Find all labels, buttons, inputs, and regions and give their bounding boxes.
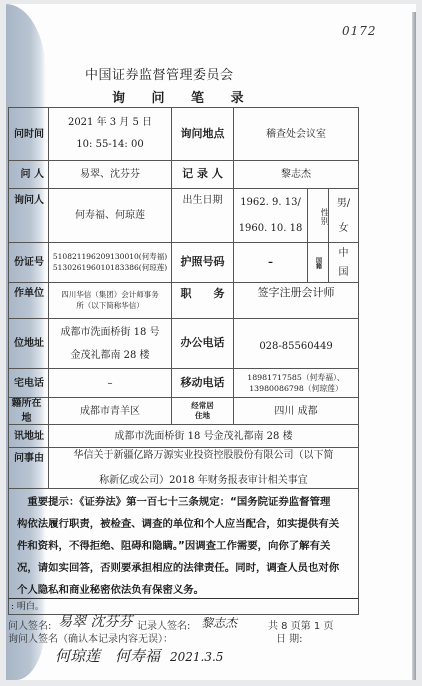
label-employer: 作单位 bbox=[8, 282, 49, 319]
date-label: 日 期: bbox=[276, 630, 303, 645]
value-office-phone: 028-85560449 bbox=[233, 318, 359, 369]
value-position: 签字注册会计师 bbox=[233, 282, 359, 319]
label-interviewee: 询问人 bbox=[8, 188, 49, 243]
gender-2: 女 bbox=[339, 216, 349, 241]
subject-line-1: 华信关于新疆亿路万源实业投资控股股份有限公司（以下简 bbox=[74, 447, 334, 468]
notice-line-1: 重要提示：《证券法》第一百七十三条规定：“国务院证券监督管理 bbox=[17, 491, 354, 513]
notice-line-3: 件和资料，不得拒绝、阻碍和隐瞒。”因调查工作需要，向你了解有关 bbox=[17, 535, 354, 557]
nationality-2: 国 bbox=[339, 263, 349, 282]
value-home-phone: – bbox=[48, 368, 172, 398]
birthdate-2: 1960. 10. 18 bbox=[239, 216, 303, 242]
label-birthdate: 出生日期 bbox=[171, 188, 234, 243]
label-home-phone: 宅电话 bbox=[8, 368, 49, 398]
time-range: 10: 55-14: 00 bbox=[76, 134, 143, 156]
interviewee-signatures: 何琼莲 何寿福 bbox=[55, 645, 160, 666]
value-time: 2021 年 3 月 5 日 10: 55-14: 00 bbox=[48, 107, 172, 161]
scan-edge-right bbox=[412, 12, 416, 680]
label-nationality: 国籍 bbox=[307, 242, 329, 283]
label-passport: 护照号码 bbox=[171, 242, 234, 283]
value-id-number: 510821196209130010(何寿福) 5130261960101833… bbox=[48, 242, 172, 283]
value-registered-residence: 成都市青羊区 bbox=[48, 397, 172, 425]
value-employer: 四川华信（集团）会计师事务 所（以下简称华信） bbox=[48, 282, 172, 319]
id-number-2: 513026196010183386(何琼莲) bbox=[53, 263, 167, 274]
value-nationality: 中 国 bbox=[328, 242, 359, 283]
organization-title: 中国证券监督管理委员会 bbox=[85, 64, 234, 83]
nationality-1: 中 bbox=[339, 244, 349, 263]
employer-line-1: 四川华信（集团）会计师事务 bbox=[61, 290, 159, 301]
sign-date: 2021.3.5 bbox=[170, 650, 223, 664]
value-usual-residence: 四川 成都 bbox=[233, 397, 359, 425]
value-work-address: 成都市洗面桥街 18 号 金茂礼都南 28 楼 bbox=[48, 318, 172, 369]
legal-notice: 重要提示：《证券法》第一百七十三条规定：“国务院证券监督管理 构依法履行职责，被… bbox=[8, 488, 359, 599]
id-number-1: 510821196209130010(何寿福) bbox=[53, 252, 167, 263]
label-recorder: 记 录 人 bbox=[171, 160, 234, 189]
gender-1: 男/ bbox=[337, 191, 350, 216]
value-birthdate: 1962. 9. 13/ 1960. 10. 18 bbox=[233, 188, 308, 243]
label-registered-residence: 籍所在地 bbox=[8, 397, 49, 425]
label-location: 询问地点 bbox=[171, 107, 234, 161]
work-address-1: 成都市洗面桥街 18 号 bbox=[60, 321, 159, 344]
label-work-address: 位地址 bbox=[8, 318, 49, 369]
notice-line-2: 构依法履行职责，被检查、调查的单位和个人应当配合，如实提供有关 bbox=[17, 513, 354, 535]
value-gender: 男/ 女 bbox=[328, 188, 359, 243]
usual-residence-label-2: 住地 bbox=[195, 411, 210, 421]
label-position: 职 务 bbox=[171, 282, 234, 319]
label-usual-residence: 经常居 住地 bbox=[171, 397, 234, 425]
value-interviewer: 易翠、沈芬芬 bbox=[48, 160, 172, 189]
label-gender: 性别 bbox=[307, 188, 329, 243]
value-recorder: 黎志杰 bbox=[233, 160, 359, 189]
value-location: 稽查处会议室 bbox=[233, 107, 359, 161]
value-interviewee: 何寿福、何琼莲 bbox=[48, 188, 172, 243]
value-subject: 华信关于新疆亿路万源实业投资控股股份有限公司（以下简 称新亿或公司）2018 年… bbox=[48, 447, 359, 489]
value-passport: – bbox=[233, 242, 308, 283]
label-office-phone: 办公电话 bbox=[171, 318, 234, 369]
birthdate-1: 1962. 9. 13/ bbox=[240, 190, 301, 216]
label-subject: 问事由 bbox=[8, 447, 49, 489]
page-number: 0172 bbox=[342, 24, 377, 38]
employer-line-2: 所（以下简称华信） bbox=[76, 301, 144, 312]
value-contact-address: 成都市洗面桥街 18 号金茂礼都南 28 楼 bbox=[48, 424, 359, 448]
interviewee-sign-label: 询问人签名（确认本记录内容无误）： bbox=[8, 630, 173, 645]
notice-line-4: 况，请如实回答，否则要承担相应的法律责任。同时，调查人员也对你 bbox=[17, 557, 354, 579]
subject-line-2: 称新亿或公司）2018 年财务报表审计相关事宜 bbox=[99, 468, 308, 489]
label-contact-address: 讯地址 bbox=[8, 424, 49, 448]
document-title: 询 问 笔 录 bbox=[112, 87, 255, 106]
label-mobile-phone: 移动电话 bbox=[171, 368, 234, 398]
mobile-2: 13980086798（何琼莲） bbox=[249, 383, 343, 394]
interviewer-signature: 易翠 沈芬芬 bbox=[58, 611, 132, 631]
mobile-1: 18981717585（何寿福）、 bbox=[247, 372, 344, 383]
work-address-2: 金茂礼都南 28 楼 bbox=[70, 344, 149, 367]
label-interviewer: 问 人 bbox=[8, 160, 49, 189]
label-id-number: 份证号 bbox=[8, 242, 49, 283]
usual-residence-label-1: 经常居 bbox=[191, 401, 214, 411]
value-mobile-phone: 18981717585（何寿福）、 13980086798（何琼莲） bbox=[233, 368, 359, 398]
recorder-signature: 黎志杰 bbox=[201, 614, 237, 631]
time-date: 2021 年 3 月 5 日 bbox=[68, 112, 152, 134]
label-time: 问时间 bbox=[8, 107, 49, 161]
